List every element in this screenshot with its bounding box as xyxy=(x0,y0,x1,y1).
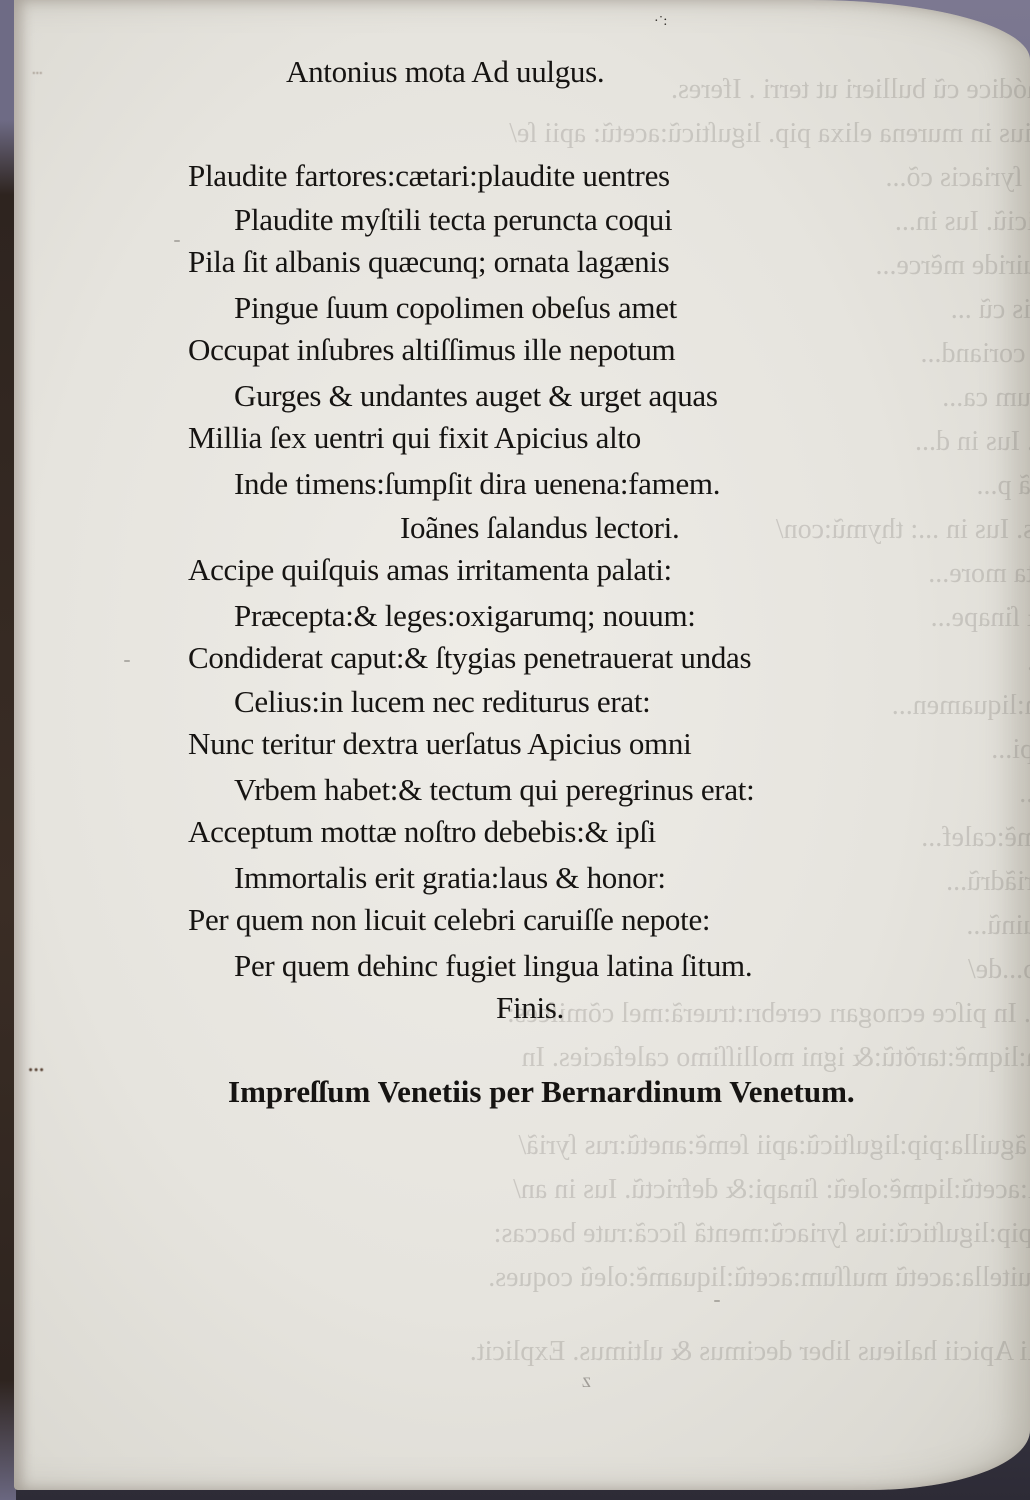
verse-line: Gurges & undantes auget & urget aquas xyxy=(234,378,718,414)
show-through-line: amulo. Ius in d... xyxy=(915,420,1030,464)
show-through-line: cũ:mel:acetũ:liqmẽ:oleũ: ſinapi:& defric… xyxy=(513,1168,1030,1212)
verse-line: Immortalis erit gratia:laus & honor: xyxy=(234,860,666,896)
verse-line: Plaudite myſtili tecta peruncta coqui xyxy=(234,202,672,238)
verse-line: Inde timens:ſumpſit dira uenena:famem. xyxy=(234,466,720,502)
verse-line: Acceptum mottæ noſtro debebis:& ipſi xyxy=(188,814,656,850)
show-through-line: bullieris cũ ... xyxy=(951,288,1030,332)
ink-speck: ·˙: xyxy=(654,14,667,30)
paper-speck xyxy=(714,1300,720,1302)
verse-line: Occupat inſubres altiſſimus ille nepotum xyxy=(188,332,675,368)
verse-line: Nunc teritur dextra uerſatus Apicius omn… xyxy=(188,726,691,762)
show-through-line: rũ:pero...de/ xyxy=(968,948,1030,992)
paper-speck xyxy=(174,240,180,242)
book-page: oleũ módice cũ bullieri ut terri . Ifere… xyxy=(14,0,1030,1490)
show-through-line: minum:liquamen... xyxy=(892,684,1030,728)
show-through-line: Ius in pi... xyxy=(991,728,1030,772)
verse-line: Præcepta:& leges:oxigarumq; nouum: xyxy=(234,598,696,634)
verse-line: Pila ſit albanis quæcunq; ornata lagænis xyxy=(188,244,669,280)
verse-line: Per quem dehinc fugiet lingua latina ſit… xyxy=(234,948,752,984)
verse-line: Plaudite fartores:cætari:plaudite uentre… xyxy=(188,158,670,194)
verse-line: Pingue ſuum copolimen obeſus amet xyxy=(234,290,677,326)
verse-line: Vrbem habet:& tectum qui peregrinus erat… xyxy=(234,772,754,808)
show-through-line: ouorũ uitella:acetũ muſſum:acetũ:liquamẽ… xyxy=(488,1256,1030,1300)
show-through-line: acetũ:uinũ... xyxy=(966,904,1030,948)
marginal-note: ... xyxy=(28,1048,45,1078)
show-through-line: oleũ & ſinape... xyxy=(931,596,1030,640)
show-through-line: guillã:pip:liguſticũ:ius ſyriacũ:mentã ſ… xyxy=(494,1212,1030,1256)
show-through-line: Aliter ius in murena elixa pip. liguſtic… xyxy=(509,112,1030,156)
verse-line: Millia ſex uentri qui fixit Apicius alto xyxy=(188,420,641,456)
page-title: Antonius mota Ad uulgus. xyxy=(286,54,604,90)
show-through-line: cũ aũ uiride mẽrce... xyxy=(875,244,1030,288)
verse-line: Celius:in lucem nec rediturus erat: xyxy=(234,684,650,720)
show-through-line: fricatũ. In piſce ecnogarı cerebrı:truer… xyxy=(507,992,1030,1036)
show-through-line: oleũ módice cũ bullieri ut terri . Ifere… xyxy=(671,68,1030,112)
show-through-line: nũ:liqmẽ:calef... xyxy=(921,816,1030,860)
show-through-line: pip:coriãdrũ... xyxy=(946,860,1030,904)
verse-line: Condiderat caput:& ſtygias penetrauerat … xyxy=(188,640,751,676)
show-through-line: mentis ſyriacis cõ... xyxy=(885,156,1030,200)
show-through-line: defrictum ca... xyxy=(942,376,1030,420)
marginal-note: ... xyxy=(32,58,43,79)
section-heading: Ioãnes ſalandus lectori. xyxy=(400,510,679,546)
finis-label: Finis. xyxy=(496,990,564,1026)
signature-mark: z xyxy=(582,1370,591,1393)
verse-line: Accipe quiſquis amas irritamenta palati: xyxy=(188,552,672,588)
show-through-line: obligas. Ius in ...: thymũ:con/ xyxy=(776,508,1030,552)
show-through-line: dimenta more... xyxy=(928,552,1030,596)
show-through-line: baccã... xyxy=(1019,772,1030,816)
show-through-line: Celii Apicii halieus liber decimus & ult… xyxy=(470,1330,1030,1374)
show-through-line: bis. In ãguilla:pip:liguſticũ:apii ſemẽ:… xyxy=(518,1124,1030,1168)
show-through-line: cepãuiã p... xyxy=(977,464,1030,508)
verse-line: Per quem non licuit celebri caruiſſe nep… xyxy=(188,902,710,938)
show-through-line: pĕ deficiũ. Ius in... xyxy=(895,200,1030,244)
paper-speck xyxy=(124,660,130,662)
colophon: Impreſſum Venetiis per Bernardinum Venet… xyxy=(228,1074,855,1110)
show-through-line: thymũ coriand... xyxy=(920,332,1030,376)
